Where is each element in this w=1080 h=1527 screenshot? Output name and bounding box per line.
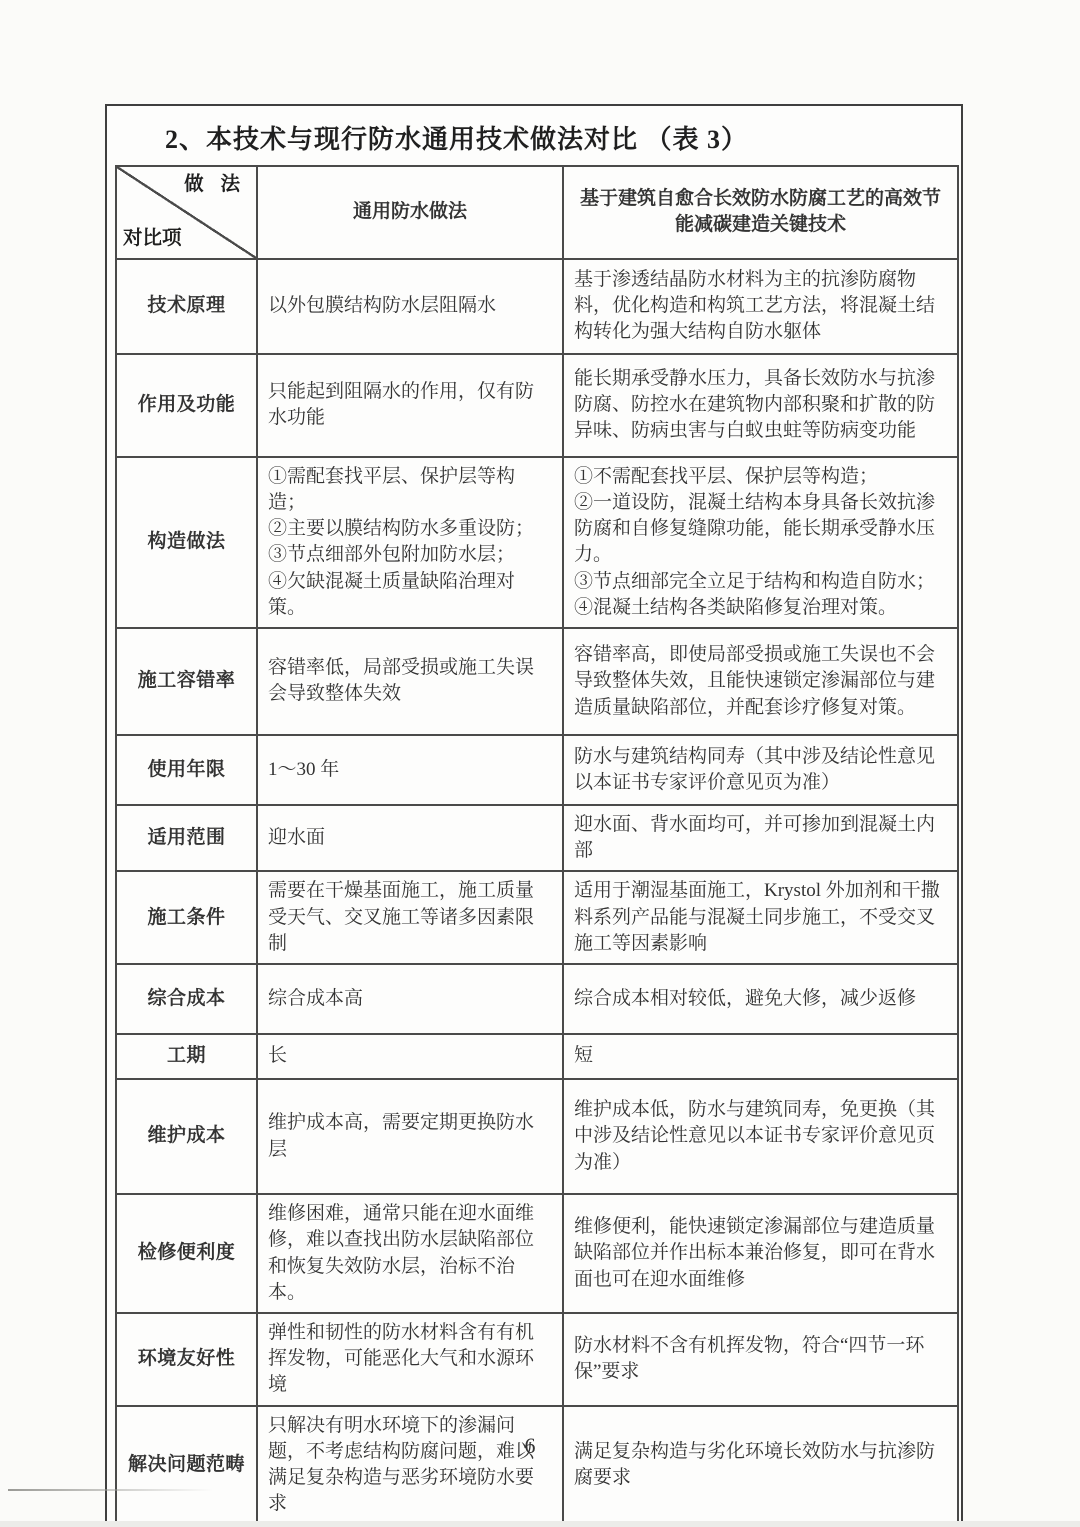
advanced-tech-cell: 能长期承受静水压力，具备长效防水与抗渗防腐、防控水在建筑物内部积聚和扩散的防异味… [563, 354, 958, 457]
general-method-cell: 容错率低，局部受损或施工失误会导致整体失效 [257, 628, 563, 735]
general-method-cell: 以外包膜结构防水层阻隔水 [257, 259, 563, 354]
advanced-tech-cell: 短 [563, 1034, 958, 1079]
advanced-tech-cell: 防水与建筑结构同寿（其中涉及结论性意见以本证书专家评价意见页为准） [563, 735, 958, 805]
corner-label-method: 做 法 [184, 172, 246, 199]
table-row: 使用年限 1～30 年 防水与建筑结构同寿（其中涉及结论性意见以本证书专家评价意… [116, 735, 958, 805]
table-row: 检修便利度 维修困难，通常只能在迎水面维修，难以查找出防水层缺陷部位和恢复失效防… [116, 1194, 958, 1313]
advanced-tech-cell: 维护成本低，防水与建筑同寿，免更换（其中涉及结论性意见以本证书专家评价意见页为准… [563, 1079, 958, 1194]
table-row: 施工容错率 容错率低，局部受损或施工失误会导致整体失效 容错率高，即使局部受损或… [116, 628, 958, 735]
row-label: 使用年限 [116, 735, 257, 805]
comparison-table: 做 法 对比项 通用防水做法 基于建筑自愈合长效防水防腐工艺的高效节能减碳建造关… [115, 165, 959, 1525]
advanced-tech-cell: 综合成本相对较低，避免大修，减少返修 [563, 964, 958, 1034]
general-method-cell: 迎水面 [257, 805, 563, 871]
advanced-tech-cell: 适用于潮湿基面施工，Krystol 外加剂和干撒料系列产品能与混凝土同步施工，不… [563, 871, 958, 964]
table-row: 技术原理 以外包膜结构防水层阻隔水 基于渗透结晶防水材料为主的抗渗防腐物料，优化… [116, 259, 958, 354]
general-method-cell: 只解决有明水环境下的渗漏问题，不考虑结构防腐问题，难以满足复杂构造与恶劣环境防水… [257, 1406, 563, 1525]
advanced-tech-cell: 基于渗透结晶防水材料为主的抗渗防腐物料，优化构造和构筑工艺方法，将混凝土结构转化… [563, 259, 958, 354]
table-row: 构造做法 ①需配套找平层、保护层等构造； ②主要以膜结构防水多重设防； ③节点细… [116, 457, 958, 628]
row-label: 作用及功能 [116, 354, 257, 457]
general-method-cell: 维护成本高，需要定期更换防水层 [257, 1079, 563, 1194]
general-method-cell: ①需配套找平层、保护层等构造； ②主要以膜结构防水多重设防； ③节点细部外包附加… [257, 457, 563, 628]
row-label: 技术原理 [116, 259, 257, 354]
advanced-tech-cell: 迎水面、背水面均可，并可掺加到混凝土内部 [563, 805, 958, 871]
table-row: 综合成本 综合成本高 综合成本相对较低，避免大修，减少返修 [116, 964, 958, 1034]
document-page: 2、本技术与现行防水通用技术做法对比 （表 3） 做 法 对比项 通用防水做法 … [105, 104, 963, 1527]
table-title: 2、本技术与现行防水通用技术做法对比 （表 3） [107, 106, 961, 165]
row-label: 适用范围 [116, 805, 257, 871]
general-method-cell: 综合成本高 [257, 964, 563, 1034]
advanced-tech-cell: 容错率高，即使局部受损或施工失误也不会导致整体失效，且能快速锁定渗漏部位与建造质… [563, 628, 958, 735]
general-method-cell: 弹性和韧性的防水材料含有有机挥发物，可能恶化大气和水源环境 [257, 1313, 563, 1406]
row-label: 构造做法 [116, 457, 257, 628]
page-bottom-edge [0, 1521, 1080, 1527]
column-header-advanced: 基于建筑自愈合长效防水防腐工艺的高效节能减碳建造关键技术 [563, 166, 958, 259]
table-row: 维护成本 维护成本高，需要定期更换防水层 维护成本低，防水与建筑同寿，免更换（其… [116, 1079, 958, 1194]
row-label: 维护成本 [116, 1079, 257, 1194]
general-method-cell: 维修困难，通常只能在迎水面维修，难以查找出防水层缺陷部位和恢复失效防水层，治标不… [257, 1194, 563, 1313]
table-row: 环境友好性 弹性和韧性的防水材料含有有机挥发物，可能恶化大气和水源环境 防水材料… [116, 1313, 958, 1406]
row-label: 综合成本 [116, 964, 257, 1034]
advanced-tech-cell: 满足复杂构造与劣化环境长效防水与抗渗防腐要求 [563, 1406, 958, 1525]
general-method-cell: 长 [257, 1034, 563, 1079]
table-row: 解决问题范畴 只解决有明水环境下的渗漏问题，不考虑结构防腐问题，难以满足复杂构造… [116, 1406, 958, 1525]
corner-label-compare-item: 对比项 [123, 226, 182, 253]
table-row: 适用范围 迎水面 迎水面、背水面均可，并可掺加到混凝土内部 [116, 805, 958, 871]
row-label: 检修便利度 [116, 1194, 257, 1313]
column-header-general: 通用防水做法 [257, 166, 563, 259]
table-row: 施工条件 需要在干燥基面施工，施工质量受天气、交叉施工等诸多因素限制 适用于潮湿… [116, 871, 958, 964]
advanced-tech-cell: ①不需配套找平层、保护层等构造； ②一道设防，混凝土结构本身具备长效抗渗防腐和自… [563, 457, 958, 628]
row-label: 施工容错率 [116, 628, 257, 735]
general-method-cell: 需要在干燥基面施工，施工质量受天气、交叉施工等诸多因素限制 [257, 871, 563, 964]
row-label: 解决问题范畴 [116, 1406, 257, 1525]
table-row: 作用及功能 只能起到阻隔水的作用，仅有防水功能 能长期承受静水压力，具备长效防水… [116, 354, 958, 457]
row-label: 工期 [116, 1034, 257, 1079]
scan-artifact [8, 1489, 213, 1491]
advanced-tech-cell: 防水材料不含有机挥发物，符合“四节一环保”要求 [563, 1313, 958, 1406]
advanced-tech-cell: 维修便利，能快速锁定渗漏部位与建造质量缺陷部位并作出标本兼治修复，即可在背水面也… [563, 1194, 958, 1313]
table-header-row: 做 法 对比项 通用防水做法 基于建筑自愈合长效防水防腐工艺的高效节能减碳建造关… [116, 166, 958, 259]
general-method-cell: 1～30 年 [257, 735, 563, 805]
table-row: 工期 长 短 [116, 1034, 958, 1079]
row-label: 环境友好性 [116, 1313, 257, 1406]
page-number: 6 [0, 1433, 1060, 1459]
general-method-cell: 只能起到阻隔水的作用，仅有防水功能 [257, 354, 563, 457]
corner-header-cell: 做 法 对比项 [116, 166, 257, 259]
row-label: 施工条件 [116, 871, 257, 964]
